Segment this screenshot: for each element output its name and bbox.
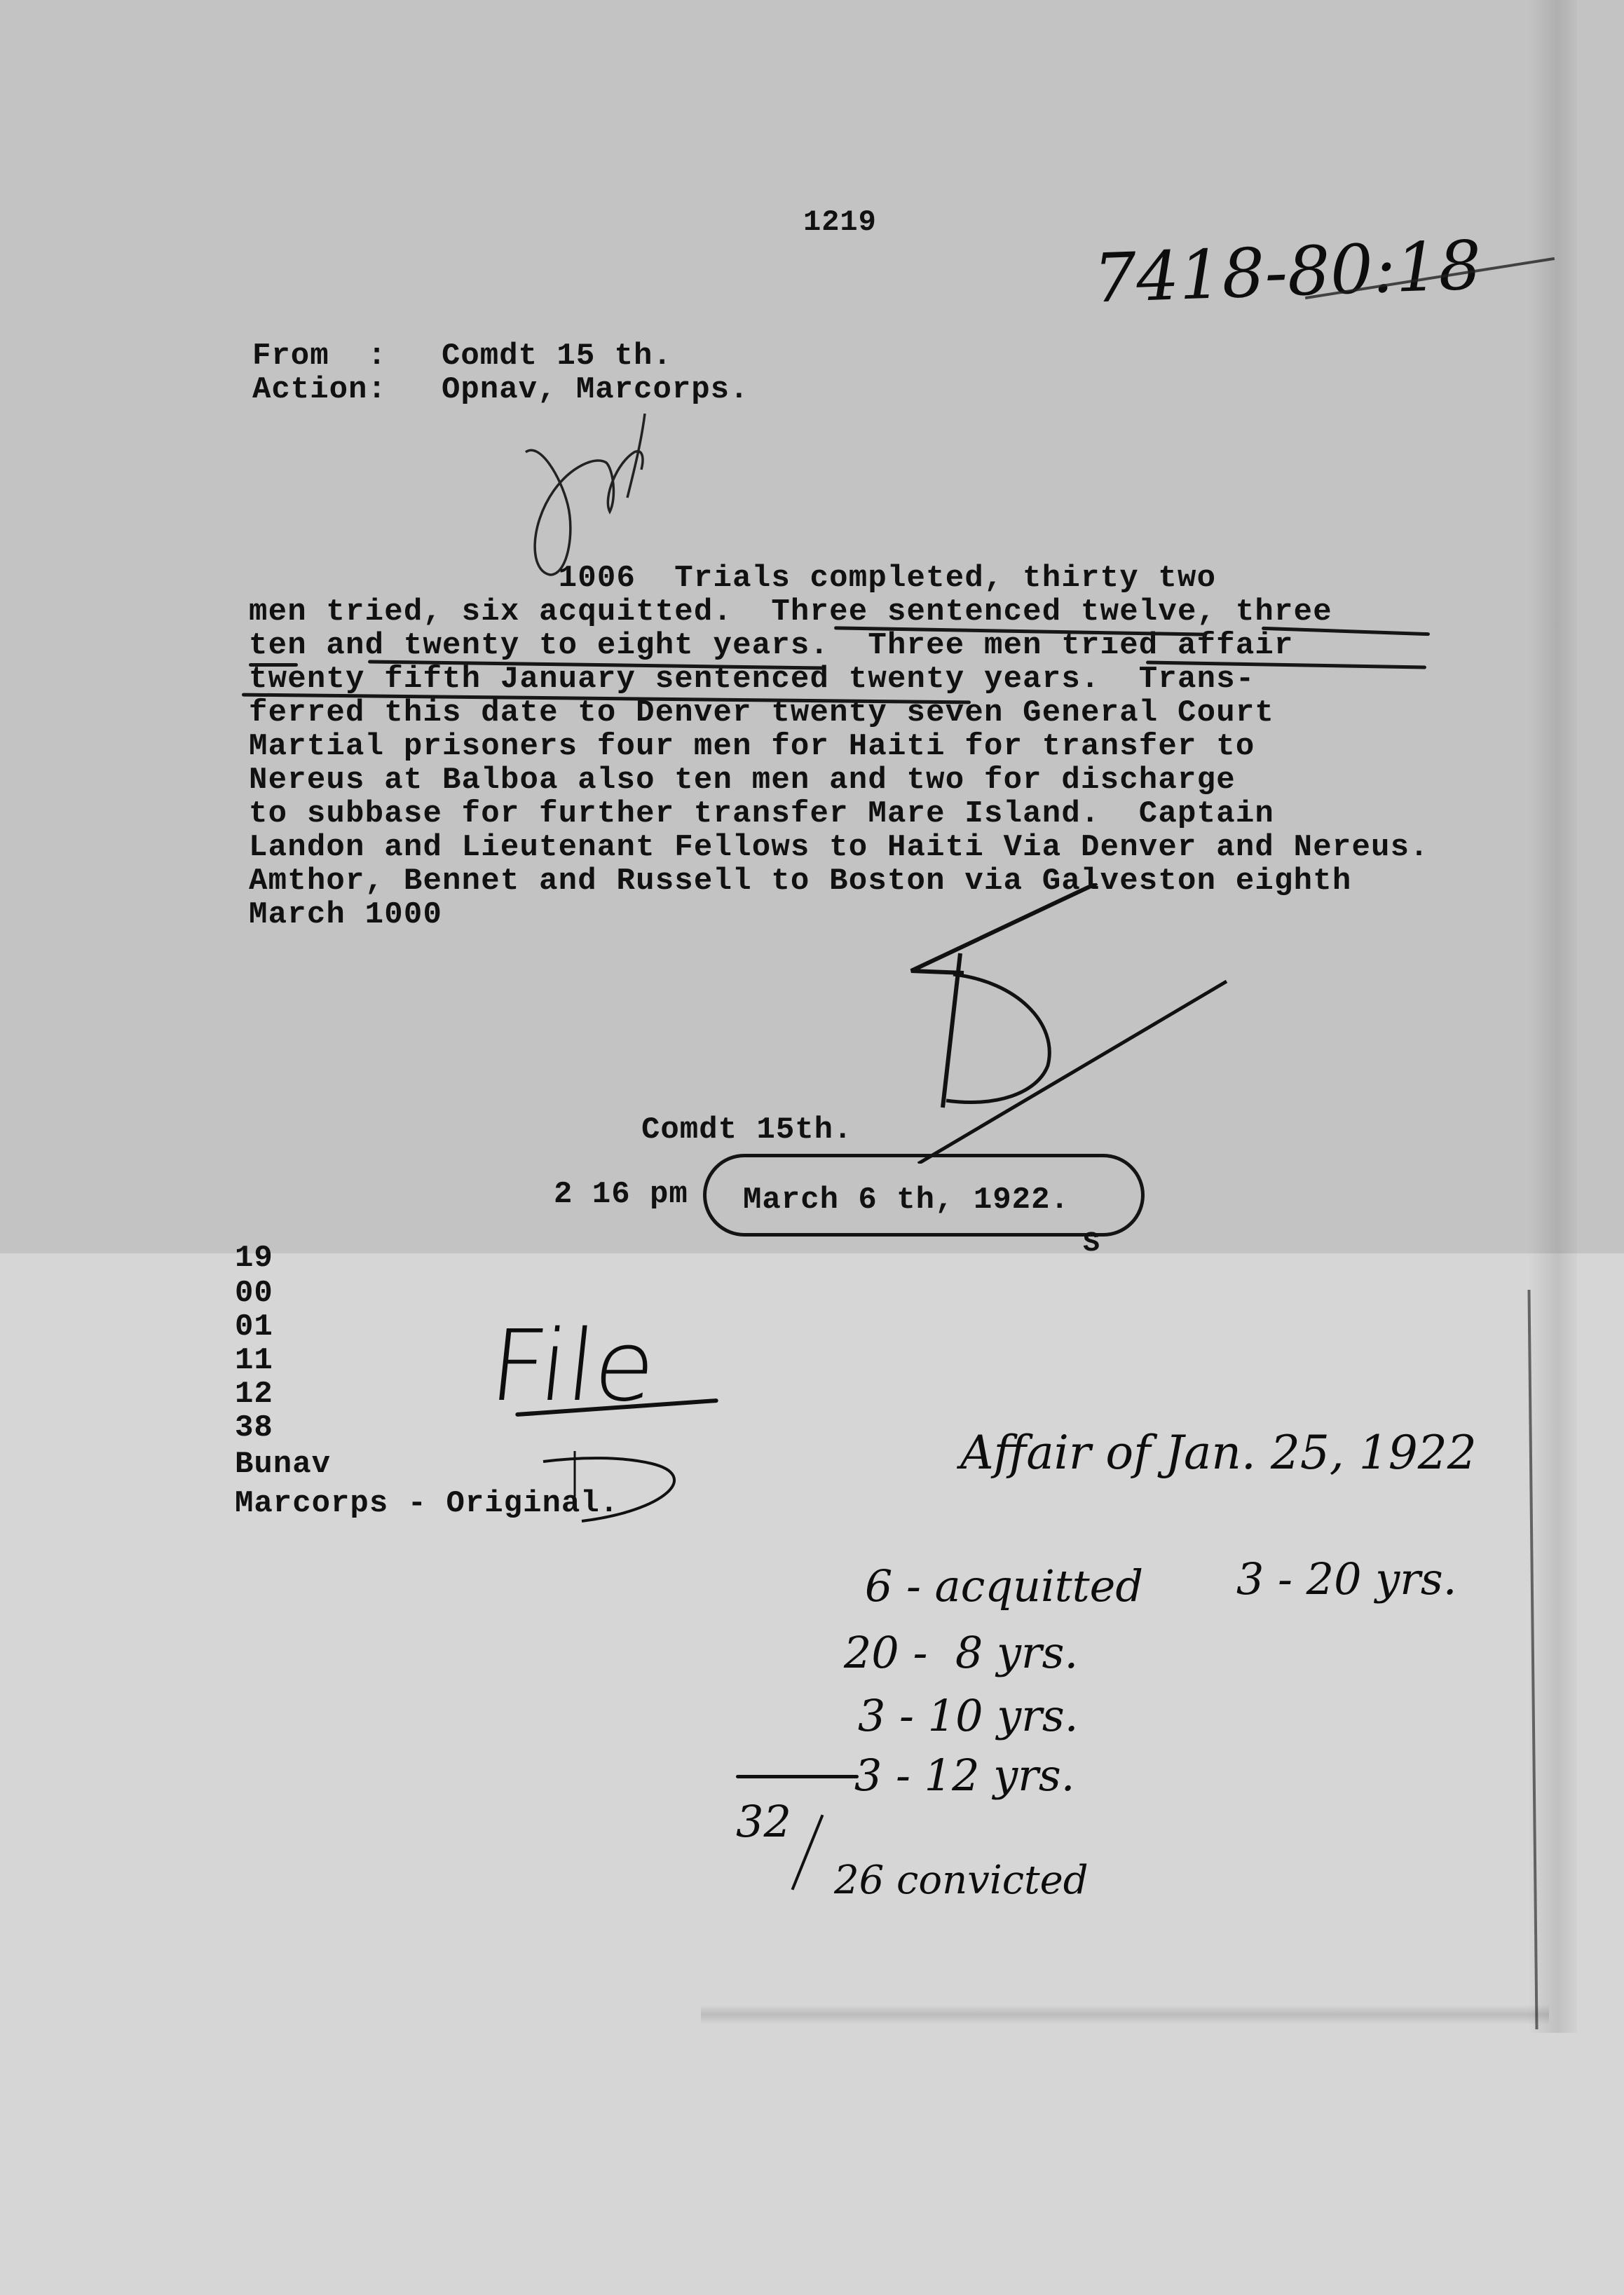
action-value: Opnav, Marcorps. [442,374,749,405]
tally-outcome: 12 yrs. [924,1750,1075,1801]
handwritten-file-note: File [486,1318,660,1416]
underline-mark [249,663,298,667]
body-line: 1006 Trials completed, thirty two [249,561,1216,596]
distribution-code: 01 [235,1309,273,1344]
body-line: March 1000 [249,897,442,932]
action-label: Action: [252,374,387,405]
page-bottom-shadow [701,2005,1549,2024]
time-stamp: 2 16 pm [554,1179,688,1210]
tally-sum-line [736,1775,859,1778]
page-edge-shadow [1528,0,1577,2033]
handwritten-d-checkmark [897,883,1318,1164]
typist-initial: S [1083,1230,1100,1258]
tally-count: 3 [1236,1553,1264,1605]
distribution-code: 00 [235,1276,273,1311]
signature-block: Comdt 15th. [641,1115,852,1145]
body-line: men tried, six acquitted. Three sentence… [249,594,1332,629]
distribution-code: 38 [235,1410,273,1445]
body-line: Martial prisoners four men for Haiti for… [249,729,1255,764]
tally-outcome: 20 yrs. [1306,1553,1457,1605]
body-line: Nereus at Balboa also ten men and two fo… [249,763,1236,798]
handwritten-d-mark-small [540,1451,701,1528]
body-line: Landon and Lieutenant Fellows to Haiti V… [249,830,1429,865]
distribution-code: 11 [235,1343,273,1378]
page-number: 1219 [803,207,877,237]
date-stamp: March 6 th, 1922. [743,1185,1070,1215]
distribution-code: 12 [235,1377,273,1412]
handwritten-affair-heading: Affair of Jan. 25, 1922 [960,1430,1477,1476]
from-value: Comdt 15 th. [442,341,672,372]
distribution-code: 19 [235,1241,273,1276]
distribution-code: Bunav [235,1447,331,1482]
from-label: From : [252,341,387,372]
handwritten-reference-number: 7418-80:18 [1092,231,1482,312]
body-line: to subbase for further transfer Mare Isl… [249,796,1274,831]
convicted-note: 26 convicted [834,1861,1089,1900]
tally-total: 32 [736,1800,791,1844]
tally-row-affair: 3 - 20 yrs. [1181,1514,1456,1644]
